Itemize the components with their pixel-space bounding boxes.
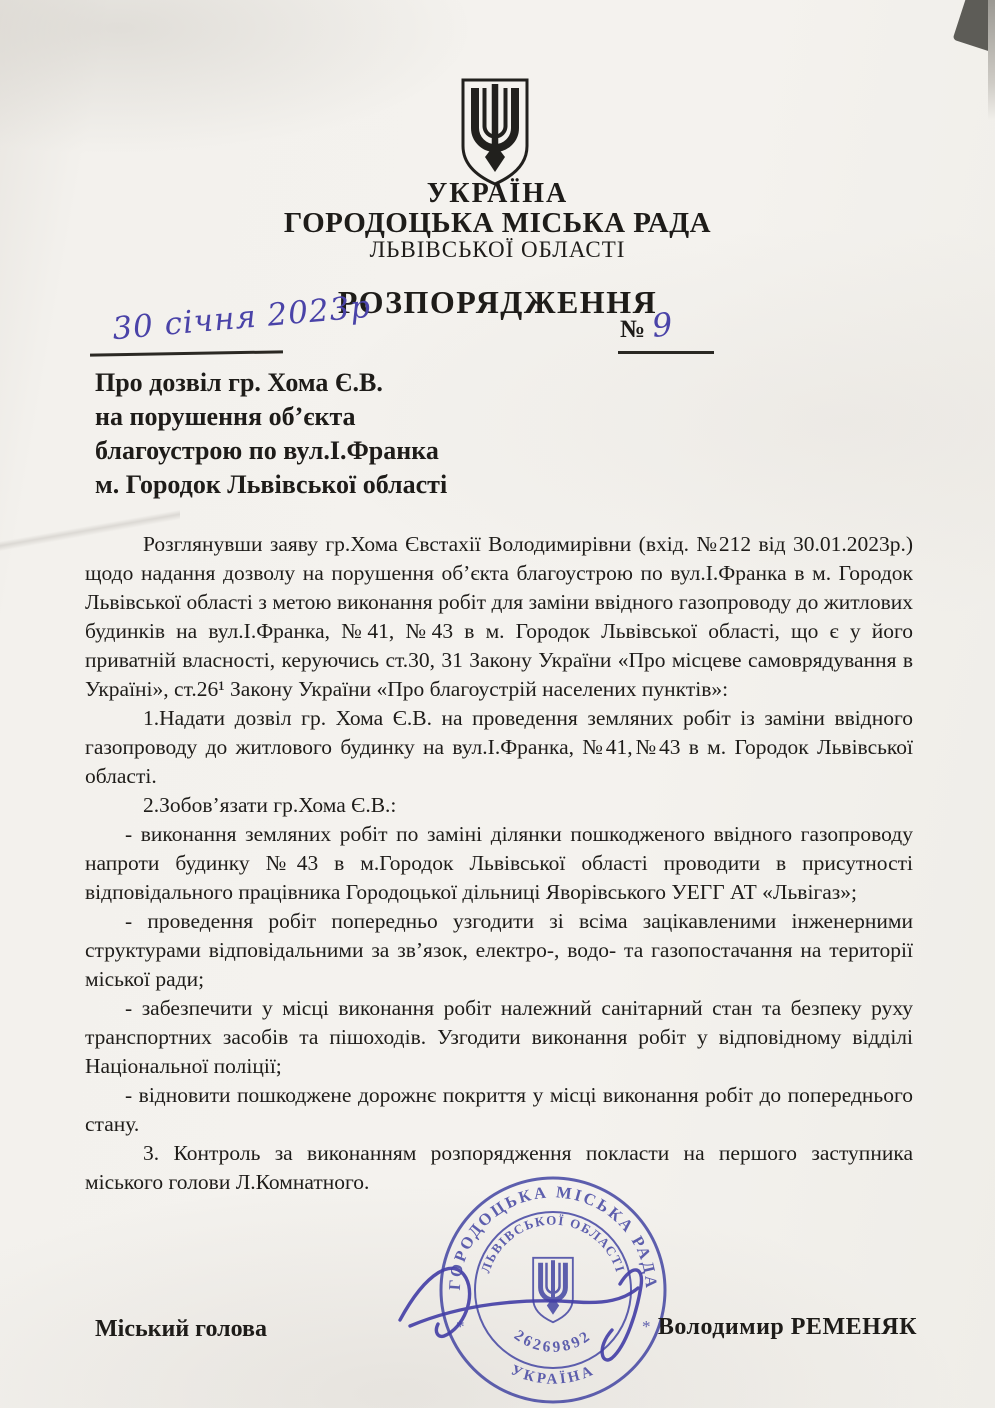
subject-line: м. Городок Львівської області (95, 468, 525, 502)
date-underline (90, 350, 283, 356)
number-sign: № (620, 316, 645, 344)
scan-edge-artifact (988, 0, 995, 120)
scanned-document-page: УКРАЇНА ГОРОДОЦЬКА МІСЬКА РАДА ЛЬВІВСЬКО… (0, 0, 995, 1408)
signature-stroke (392, 1242, 662, 1372)
number-underline (618, 351, 714, 354)
subject-line: благоустрою по вул.І.Франка (95, 434, 525, 468)
header-country: УКРАЇНА (0, 178, 995, 210)
point-2: 2.Зобов’язати гр.Хома Є.В.: (85, 791, 913, 820)
subject-block: Про дозвіл гр. Хома Є.В. на порушення об… (95, 366, 525, 502)
header-council-name: ГОРОДОЦЬКА МІСЬКА РАДА (0, 207, 995, 240)
signer-name: Володимир РЕМЕНЯК (658, 1314, 917, 1341)
ukraine-trident-emblem-icon (459, 76, 531, 190)
preamble-paragraph: Розглянувши заяву гр.Хома Євстахії Волод… (85, 530, 913, 704)
bullet-1: - виконання земляних робіт по заміні діл… (85, 820, 913, 907)
bullet-2: - проведення робіт попередньо узгодити з… (85, 907, 913, 994)
document-body: Розглянувши заяву гр.Хома Євстахії Волод… (85, 530, 913, 1197)
subject-line: на порушення об’єкта (95, 400, 525, 434)
handwritten-number: 9 (650, 305, 674, 345)
header-region: ЛЬВІВСЬКОЇ ОБЛАСТІ (0, 237, 995, 263)
bullet-3: - забезпечити у місці виконання робіт на… (85, 994, 913, 1081)
bullet-4: - відновити пошкоджене дорожнє покриття … (85, 1081, 913, 1139)
point-1: 1.Надати дозвіл гр. Хома Є.В. на проведе… (85, 704, 913, 791)
signer-position-title: Міський голова (95, 1316, 267, 1343)
subject-line: Про дозвіл гр. Хома Є.В. (95, 366, 525, 400)
